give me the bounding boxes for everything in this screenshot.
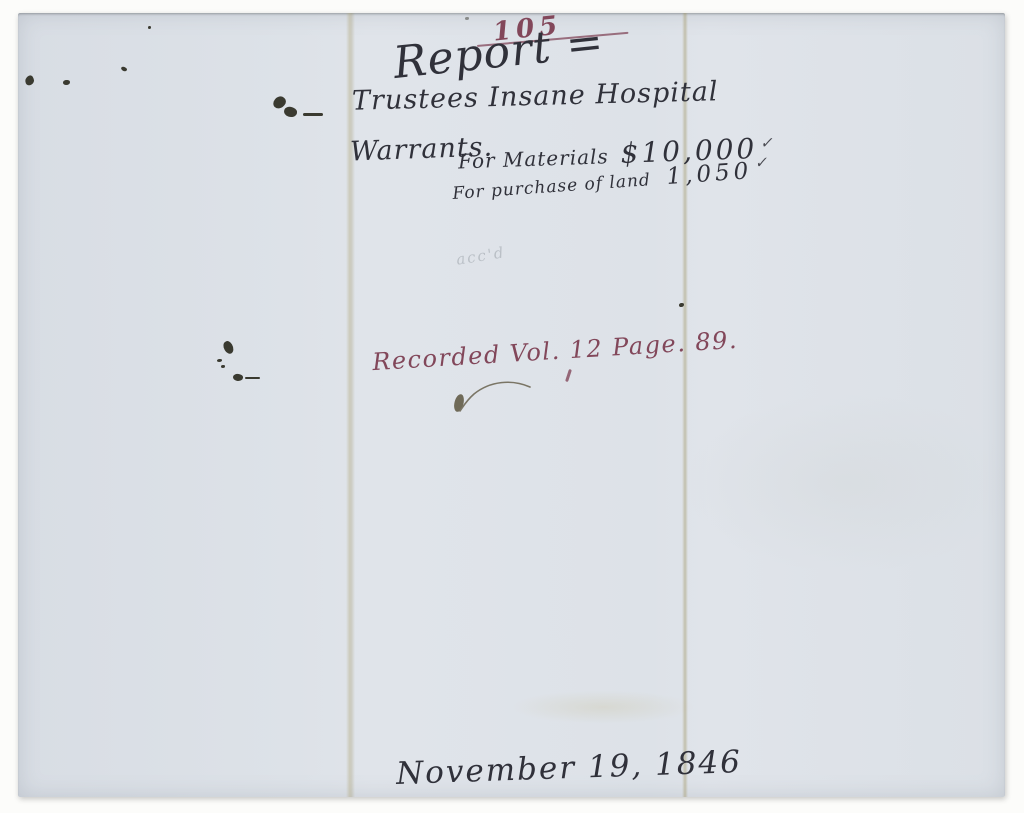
ink-spot [221,365,225,368]
check-mark-icon: ✓ [754,153,768,172]
ink-spot [303,113,323,116]
check-mark-icon: ✓ [760,134,773,152]
ink-spot [63,80,70,85]
date-line: November 19, 1846 [395,744,742,792]
warrant-amount: 1,050 [666,158,753,190]
scan-background: 105 Report = Trustees Insane Hospital Wa… [0,0,1024,813]
ink-spot [283,105,299,119]
warrant-description: For purchase of land [452,170,652,204]
ink-spot [24,75,36,87]
fold-crease-right [682,13,688,797]
fold-crease-left [346,13,355,797]
ink-spot [120,66,127,72]
ink-spot [221,340,235,356]
check-flourish-icon [450,381,536,419]
pen-tick-mark [565,369,572,382]
document-paper: 105 Report = Trustees Insane Hospital Wa… [18,13,1005,797]
ink-spot [245,377,260,379]
document-title: Report = [391,16,607,89]
pencil-note: acc'd [455,243,507,269]
ink-spot [465,17,469,20]
ink-spot [217,359,222,362]
ink-spot [148,26,151,29]
ink-spot [232,373,243,382]
